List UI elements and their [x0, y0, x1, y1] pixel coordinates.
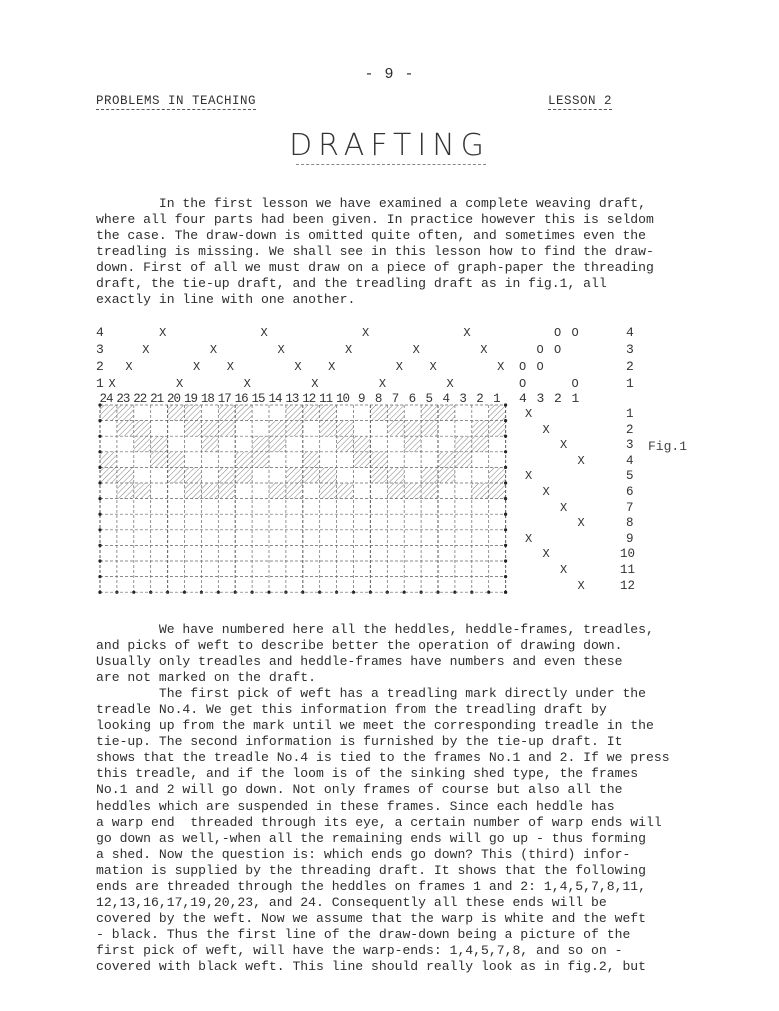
- text-line: - black. Thus the first line of the draw…: [96, 927, 706, 943]
- pick-number: 4: [626, 454, 634, 468]
- end-number: 4: [442, 392, 450, 406]
- text-line: covered by the weft. Now we assume that …: [96, 911, 706, 927]
- drawdown-cell-filled: [421, 483, 438, 499]
- drawdown-cell-filled: [185, 467, 202, 483]
- drawdown-cell-filled: [438, 467, 455, 483]
- threading-mark: X: [277, 343, 284, 357]
- pick-number: 6: [626, 485, 634, 499]
- end-number: 8: [375, 392, 383, 406]
- end-number: 2: [476, 392, 484, 406]
- drawdown-cell-filled: [286, 405, 303, 421]
- drawdown-cell-filled: [320, 467, 337, 483]
- text-line: tie-up. The second information is furnis…: [96, 734, 706, 750]
- treadling-mark: X: [578, 579, 585, 593]
- threading-mark: X: [176, 377, 183, 391]
- drawdown-cell-filled: [438, 452, 455, 468]
- tieup-mark: O: [572, 377, 579, 391]
- threading-mark: X: [108, 377, 115, 391]
- treadling-mark: X: [525, 407, 532, 421]
- pick-number: 12: [620, 579, 635, 593]
- drawdown-cell-filled: [370, 405, 387, 421]
- threading-mark: X: [142, 343, 149, 357]
- drawdown-cell-filled: [320, 421, 337, 437]
- treadle-number: 1: [572, 392, 580, 406]
- drawdown-cell-filled: [472, 483, 489, 499]
- end-number: 3: [459, 392, 467, 406]
- tieup-mark: O: [572, 326, 579, 340]
- drawdown-cell-filled: [320, 405, 337, 421]
- text-line: treadle No.4. We get this information fr…: [96, 702, 706, 718]
- frame-label-right: 3: [626, 343, 634, 357]
- frame-label-right: 4: [626, 326, 634, 340]
- threading-mark: X: [396, 360, 403, 374]
- drawdown-cell-filled: [387, 421, 404, 437]
- end-number: 13: [285, 392, 298, 406]
- threading-mark: X: [430, 360, 437, 374]
- drawdown-cell-filled: [438, 405, 455, 421]
- drawdown-cell-filled: [201, 421, 218, 437]
- drawdown-cell-filled: [472, 436, 489, 452]
- text-line: looking up from the mark until we meet t…: [96, 718, 706, 734]
- pick-number: 3: [626, 438, 634, 452]
- treadling-mark: X: [525, 469, 532, 483]
- end-number: 11: [319, 392, 332, 406]
- drawdown-cell-filled: [151, 452, 168, 468]
- threading-mark: X: [463, 326, 470, 340]
- pick-number: 1: [626, 407, 634, 421]
- drawdown-cell-filled: [168, 467, 185, 483]
- drawdown-cell-filled: [185, 421, 202, 437]
- drawdown-cell-filled: [421, 421, 438, 437]
- drawdown-cell-filled: [370, 467, 387, 483]
- treadling-mark: X: [560, 438, 567, 452]
- tieup-mark: O: [537, 343, 544, 357]
- drawdown-cell-filled: [489, 483, 506, 499]
- end-number: 24: [99, 392, 112, 406]
- threading-mark: X: [159, 326, 166, 340]
- drawdown-cell-filled: [455, 452, 472, 468]
- frame-label-right: 2: [626, 360, 634, 374]
- end-number: 1: [493, 392, 501, 406]
- end-number: 16: [235, 392, 248, 406]
- drawdown-cell-filled: [489, 405, 506, 421]
- text-line: shows that the treadle No.4 is tied to t…: [96, 750, 706, 766]
- treadling-mark: X: [560, 563, 567, 577]
- end-number: 21: [150, 392, 163, 406]
- treadle-number: 3: [537, 392, 545, 406]
- drawdown-cell-filled: [286, 421, 303, 437]
- drawdown-cell-filled: [421, 405, 438, 421]
- drawdown-cell-filled: [269, 421, 286, 437]
- drawdown-cell-filled: [134, 421, 151, 437]
- threading-mark: X: [328, 360, 335, 374]
- drawdown-cell-filled: [269, 436, 286, 452]
- drawdown-cell-filled: [185, 405, 202, 421]
- text-line: We have numbered here all the heddles, h…: [96, 622, 706, 638]
- drawdown-cell-filled: [489, 421, 506, 437]
- treadle-number: 2: [554, 392, 562, 406]
- threading-mark: X: [446, 377, 453, 391]
- pick-number: 8: [626, 516, 634, 530]
- text-line: first pick of weft, will have the warp-e…: [96, 943, 706, 959]
- end-number: 17: [218, 392, 231, 406]
- end-number: 14: [268, 392, 281, 406]
- drawdown-cell-filled: [218, 405, 235, 421]
- drawdown-cell-filled: [303, 467, 320, 483]
- drawdown-cell-filled: [235, 405, 252, 421]
- pick-number: 5: [626, 469, 634, 483]
- drawdown-cell-filled: [117, 405, 134, 421]
- drawdown-cell-filled: [100, 467, 117, 483]
- end-number: 22: [133, 392, 146, 406]
- end-number: 6: [409, 392, 417, 406]
- drawdown-cell-filled: [100, 452, 117, 468]
- end-number: 7: [392, 392, 400, 406]
- text-line: The first pick of weft has a treadling m…: [96, 686, 706, 702]
- drawdown-cell-filled: [218, 467, 235, 483]
- drawdown-cell-filled: [303, 405, 320, 421]
- drawdown-cell-filled: [235, 467, 252, 483]
- threading-mark: X: [193, 360, 200, 374]
- text-line: mation is supplied by the threading draf…: [96, 863, 706, 879]
- drawdown-cell-filled: [286, 467, 303, 483]
- pick-number: 11: [620, 563, 635, 577]
- frame-label: 1: [96, 377, 104, 391]
- end-number: 18: [201, 392, 214, 406]
- drawdown-cell-filled: [286, 483, 303, 499]
- drawdown-cell-filled: [168, 405, 185, 421]
- text-line: a shed. Now the question is: which ends …: [96, 847, 706, 863]
- threading-mark: X: [362, 326, 369, 340]
- text-line: go down as well,-when all the remaining …: [96, 831, 706, 847]
- end-number: 5: [426, 392, 434, 406]
- threading-mark: X: [294, 360, 301, 374]
- end-number: 20: [167, 392, 180, 406]
- drawdown-cell-filled: [252, 436, 269, 452]
- threading-mark: X: [480, 343, 487, 357]
- end-number: 9: [358, 392, 366, 406]
- body-paragraph: We have numbered here all the heddles, h…: [96, 622, 706, 975]
- end-number: 10: [336, 392, 349, 406]
- drawdown-cell-filled: [235, 452, 252, 468]
- drawdown-cell-filled: [303, 452, 320, 468]
- pick-number: 7: [626, 501, 634, 515]
- drawdown-cell-filled: [134, 436, 151, 452]
- threading-mark: X: [311, 377, 318, 391]
- end-number: 23: [116, 392, 129, 406]
- text-line: covered with black weft. This line shoul…: [96, 959, 706, 975]
- end-number: 12: [302, 392, 315, 406]
- drawdown-cell-filled: [387, 467, 404, 483]
- treadle-number: 4: [519, 392, 527, 406]
- threading-mark: X: [379, 377, 386, 391]
- drawdown-cell-filled: [387, 405, 404, 421]
- tieup-mark: O: [519, 377, 526, 391]
- drawdown-cell-filled: [404, 483, 421, 499]
- drawdown-cell-filled: [337, 436, 354, 452]
- drawdown-cell-filled: [489, 467, 506, 483]
- frame-label: 4: [96, 326, 104, 340]
- drawdown-cell-filled: [472, 421, 489, 437]
- text-line: No.1 and 2 will go down. Not only frames…: [96, 782, 706, 798]
- treadling-mark: X: [543, 547, 550, 561]
- end-number: 15: [252, 392, 265, 406]
- drawdown-cell-filled: [404, 421, 421, 437]
- text-line: Usually only treadles and heddle-frames …: [96, 654, 706, 670]
- drawdown-cell-filled: [201, 483, 218, 499]
- threading-mark: X: [210, 343, 217, 357]
- treadling-mark: X: [543, 485, 550, 499]
- tieup-mark: O: [554, 326, 561, 340]
- drawdown-cell-filled: [117, 483, 134, 499]
- treadling-mark: X: [578, 516, 585, 530]
- drawdown-cell-filled: [201, 436, 218, 452]
- frame-label: 2: [96, 360, 104, 374]
- text-line: 12,13,16,17,19,20,23, and 24. Consequent…: [96, 895, 706, 911]
- treadling-mark: X: [525, 532, 532, 546]
- pick-number: 10: [620, 547, 635, 561]
- drawdown-cell-filled: [269, 483, 286, 499]
- end-number: 19: [184, 392, 197, 406]
- treadling-mark: X: [560, 501, 567, 515]
- text-line: and picks of weft to describe better the…: [96, 638, 706, 654]
- drawdown-cell-filled: [134, 483, 151, 499]
- drawdown-cell-filled: [151, 436, 168, 452]
- tieup-mark: O: [554, 343, 561, 357]
- threading-mark: X: [227, 360, 234, 374]
- treadling-mark: X: [543, 423, 550, 437]
- treadling-mark: X: [578, 454, 585, 468]
- text-line: a warp end threaded through its eye, a c…: [96, 815, 706, 831]
- text-line: are not marked on the draft.: [96, 670, 706, 686]
- figure-label: Fig.1: [648, 440, 687, 454]
- drawdown-cell-filled: [218, 421, 235, 437]
- drawdown-cell-filled: [218, 483, 235, 499]
- drawdown-cell-filled: [117, 467, 134, 483]
- pick-number: 2: [626, 423, 634, 437]
- drawdown-cell-filled: [421, 467, 438, 483]
- threading-mark: X: [125, 360, 132, 374]
- threading-mark: X: [413, 343, 420, 357]
- drawdown-cell-filled: [455, 436, 472, 452]
- text-line: heddles which are suspended in these fra…: [96, 799, 706, 815]
- drawdown-cell-filled: [337, 483, 354, 499]
- threading-mark: X: [497, 360, 504, 374]
- drawdown-cell-filled: [185, 483, 202, 499]
- drawdown-cell-filled: [320, 483, 337, 499]
- drawdown-cell-filled: [337, 421, 354, 437]
- drawdown-cell-filled: [404, 436, 421, 452]
- frame-label: 3: [96, 343, 104, 357]
- threading-mark: X: [345, 343, 352, 357]
- text-line: ends are threaded through the heddles on…: [96, 879, 706, 895]
- threading-mark: X: [244, 377, 251, 391]
- tieup-mark: O: [537, 360, 544, 374]
- frame-label-right: 1: [626, 377, 634, 391]
- drawdown-cell-filled: [252, 452, 269, 468]
- drawdown-cell-filled: [370, 452, 387, 468]
- drawdown-cell-filled: [354, 436, 371, 452]
- drawdown-cell-filled: [387, 483, 404, 499]
- drawdown-cell-filled: [168, 452, 185, 468]
- drawdown-cell-filled: [354, 452, 371, 468]
- tieup-mark: O: [519, 360, 526, 374]
- drawdown-cell-filled: [117, 421, 134, 437]
- drawdown-cell-filled: [100, 405, 117, 421]
- threading-mark: X: [261, 326, 268, 340]
- text-line: this treadle, and if the loom is of the …: [96, 766, 706, 782]
- pick-number: 9: [626, 532, 634, 546]
